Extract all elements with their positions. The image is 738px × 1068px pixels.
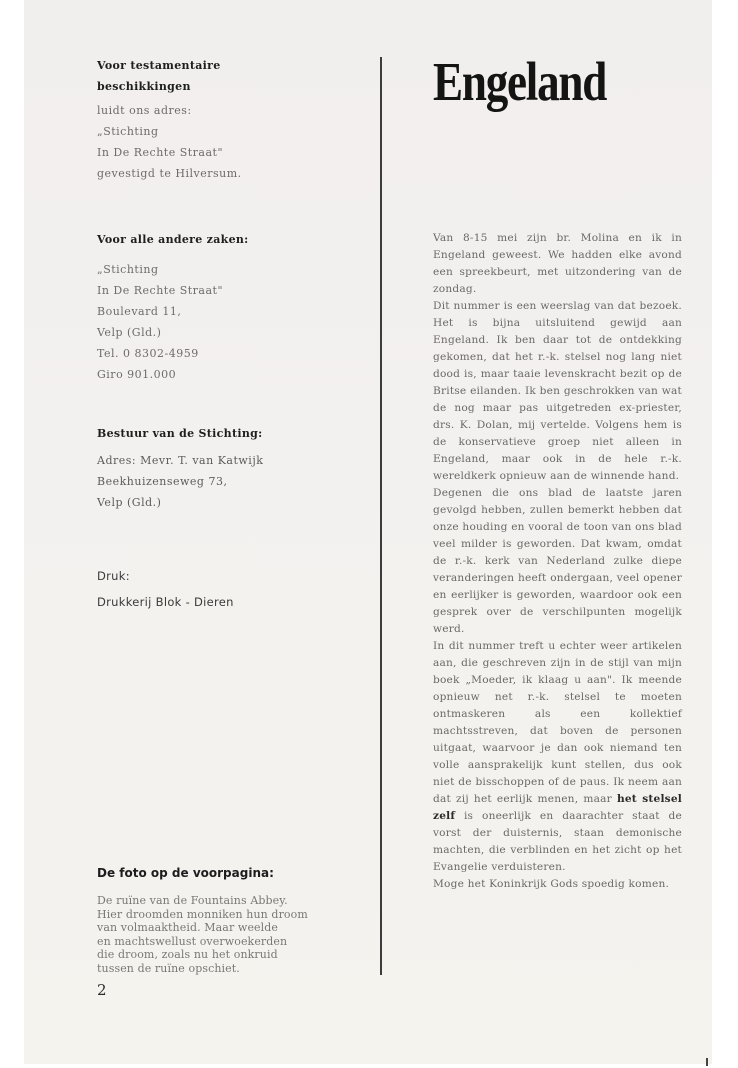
address-line: In De Rechte Straat"	[97, 142, 367, 163]
section-heading: De foto op de voorpagina:	[97, 866, 367, 880]
page-number: 2	[97, 981, 107, 999]
phone-line: Tel. 0 8302-4959	[97, 343, 367, 364]
section-heading: Druk:	[97, 566, 367, 587]
board-section: Bestuur van de Stichting: Adres: Mevr. T…	[97, 423, 367, 513]
section-heading: Voor testamentaire	[97, 55, 367, 76]
caption-line: van volmaaktheid. Maar weelde	[97, 921, 359, 935]
address-line: In De Rechte Straat"	[97, 280, 367, 301]
edge-mark	[706, 1058, 708, 1066]
caption-line: De ruïne van de Fountains Abbey.	[97, 894, 359, 908]
caption-line: Hier droomden monniken hun droom	[97, 908, 359, 922]
paragraph-text: In dit nummer treft u echter weer artike…	[433, 640, 682, 805]
address-line: Adres: Mevr. T. van Katwijk	[97, 450, 367, 471]
article-body: Van 8-15 mei zijn br. Molina en ik in En…	[433, 230, 682, 893]
testamentary-section: Voor testamentaire beschikkingen luidt o…	[97, 55, 367, 184]
printer-name: Drukkerij Blok - Dieren	[97, 592, 367, 613]
cover-photo-section: De foto op de voorpagina: De ruïne van d…	[97, 866, 367, 975]
address-line: Boulevard 11,	[97, 301, 367, 322]
address-line: luidt ons adres:	[97, 100, 367, 121]
article-paragraph: In dit nummer treft u echter weer artike…	[433, 638, 682, 876]
section-heading: Voor alle andere zaken:	[97, 229, 367, 250]
article-paragraph: Dit nummer is een weerslag van dat bezoe…	[433, 298, 682, 485]
article-paragraph: Moge het Koninkrijk Gods spoedig komen.	[433, 876, 682, 893]
address-line: Velp (Gld.)	[97, 492, 367, 513]
caption-line: en machtswellust overwoekerden	[97, 935, 359, 949]
address-line: gevestigd te Hilversum.	[97, 163, 367, 184]
article-title: Engeland	[433, 50, 606, 113]
address-line: Beekhuizenseweg 73,	[97, 471, 367, 492]
caption-line: tussen de ruïne opschiet.	[97, 962, 359, 976]
column-divider	[380, 57, 382, 975]
section-heading: Bestuur van de Stichting:	[97, 423, 367, 444]
article-paragraph: Van 8-15 mei zijn br. Molina en ik in En…	[433, 230, 682, 298]
caption-line: die droom, zoals nu het onkruid	[97, 948, 359, 962]
article-paragraph: Degenen die ons blad de laatste jaren ge…	[433, 485, 682, 638]
address-line: „Stichting	[97, 259, 367, 280]
address-line: „Stichting	[97, 121, 367, 142]
other-matters-section: Voor alle andere zaken: „Stichting In De…	[97, 229, 367, 385]
paragraph-text: is oneerlijk en daarachter staat de vors…	[433, 810, 682, 873]
giro-line: Giro 901.000	[97, 364, 367, 385]
address-line: Velp (Gld.)	[97, 322, 367, 343]
printer-section: Druk: Drukkerij Blok - Dieren	[97, 566, 367, 613]
section-heading: beschikkingen	[97, 76, 367, 97]
